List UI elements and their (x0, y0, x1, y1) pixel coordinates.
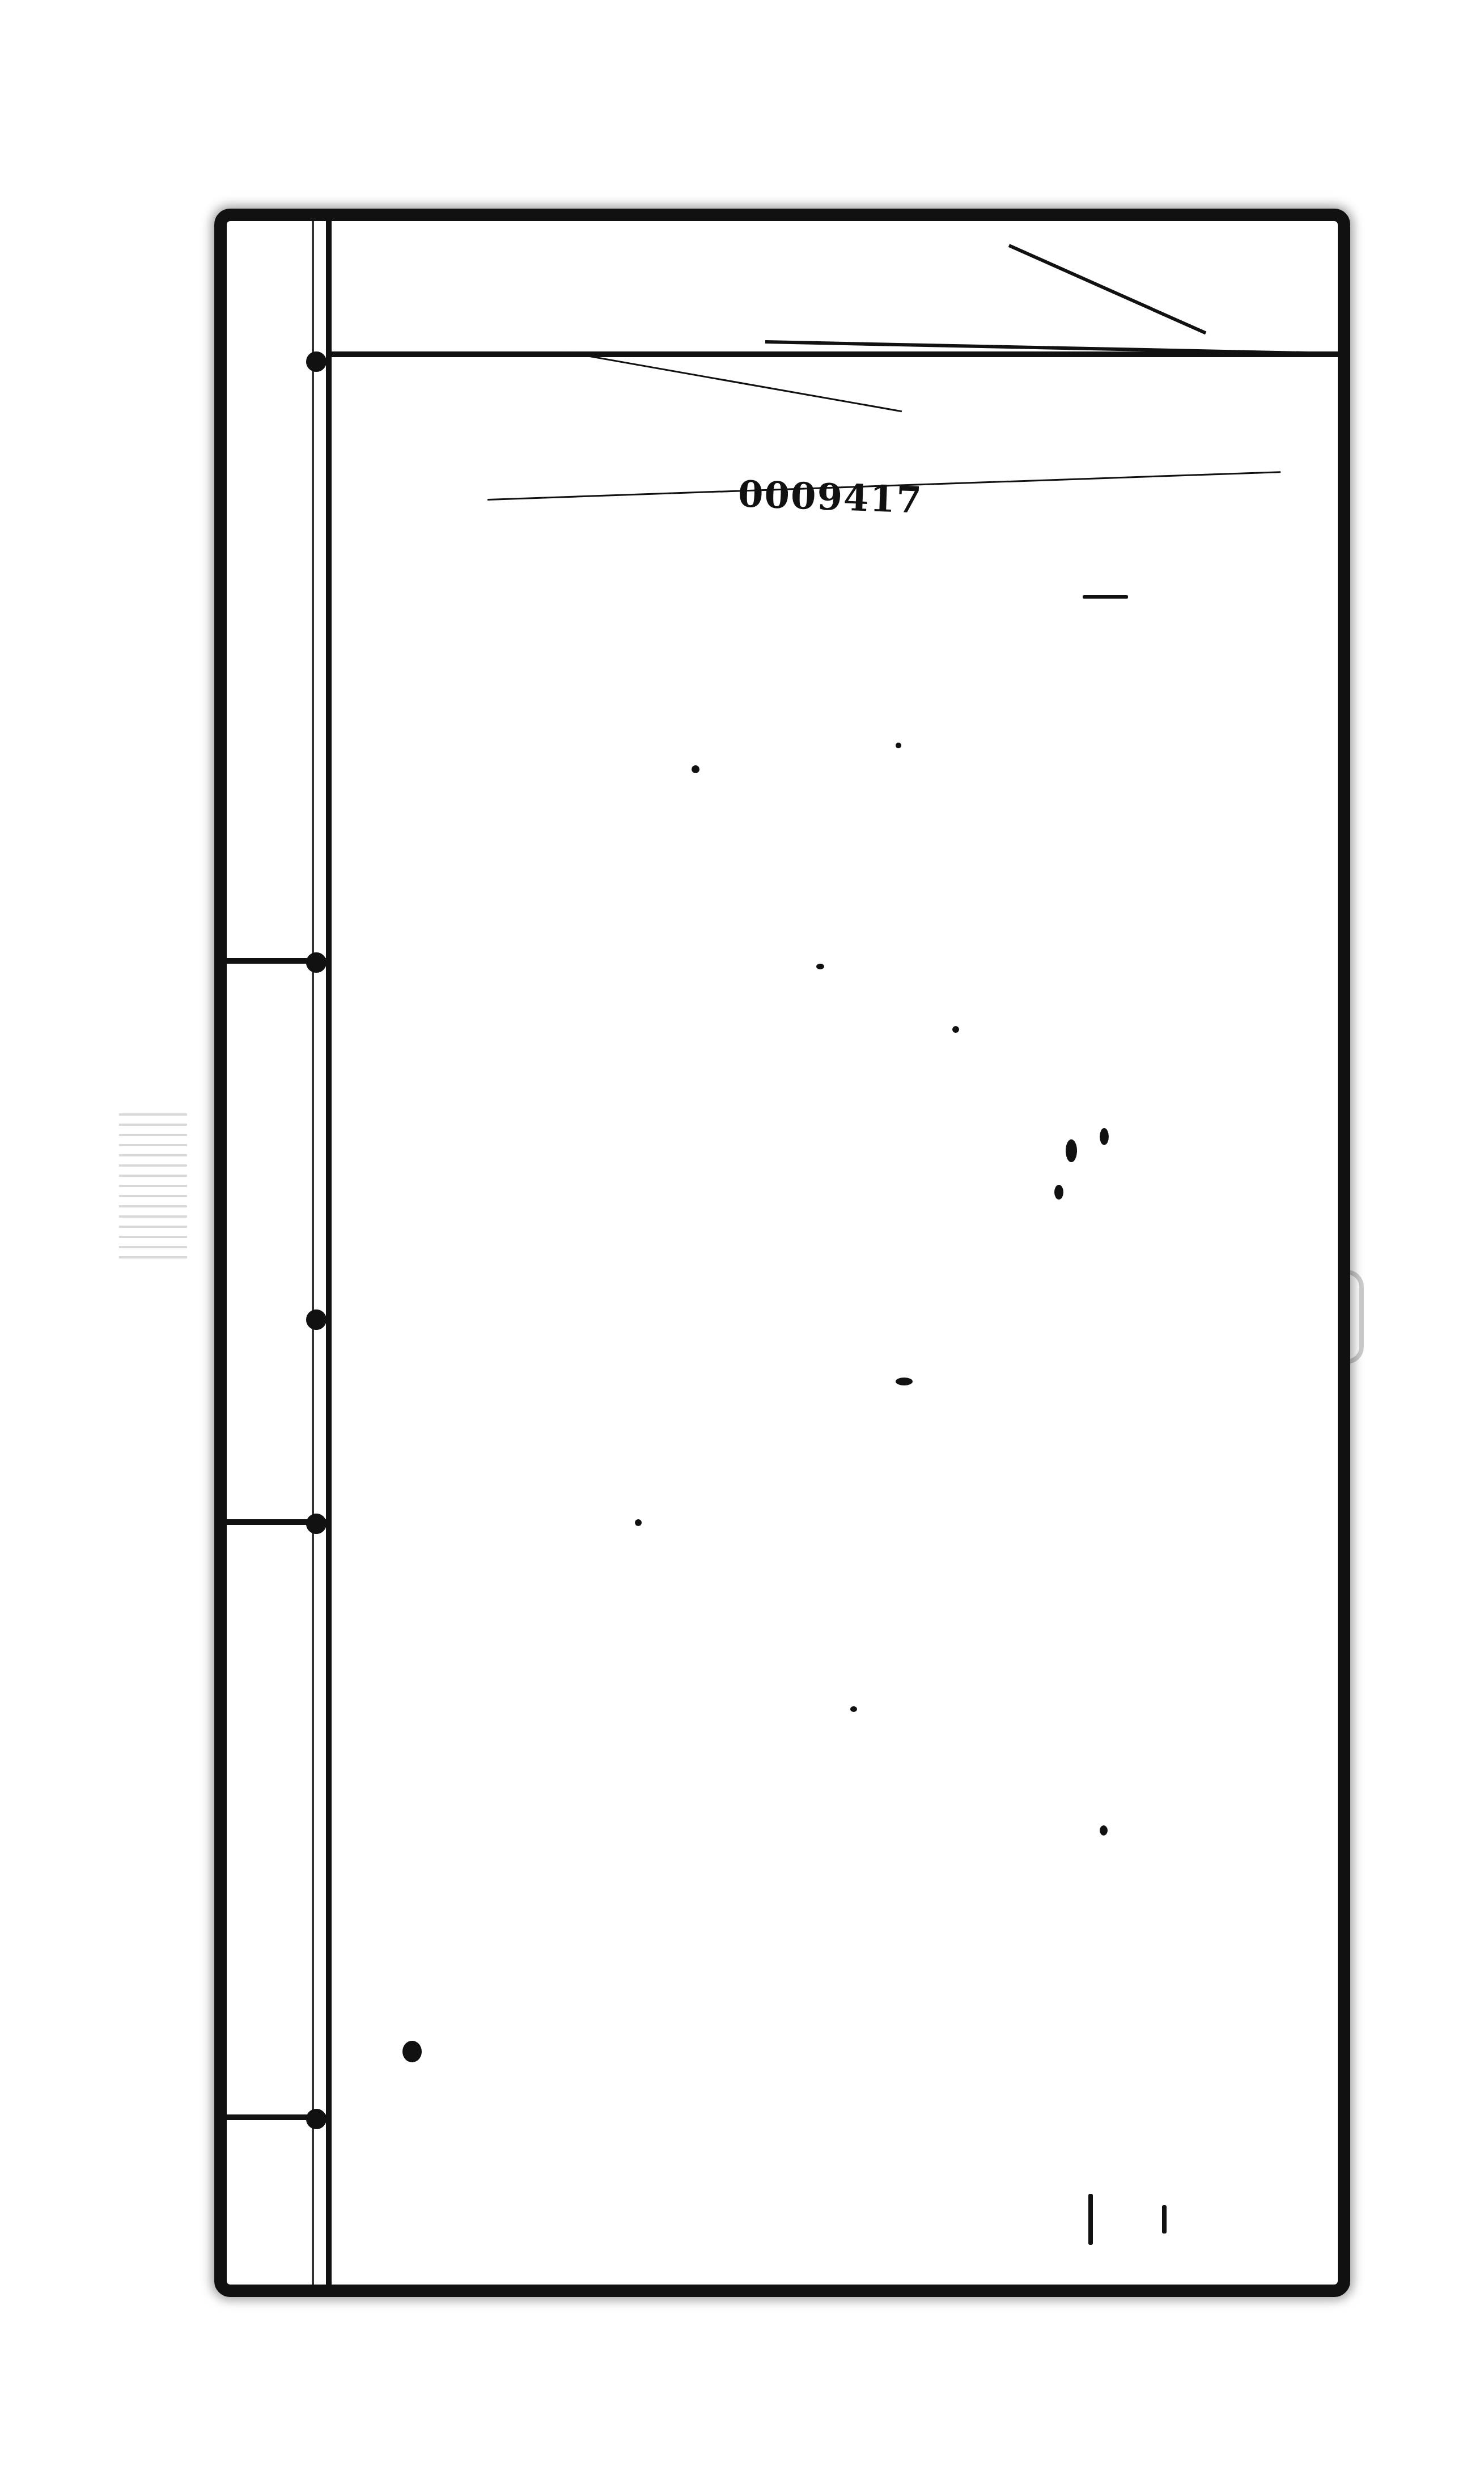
ink-speck (1100, 1825, 1108, 1836)
book-cover: 0009417 (214, 209, 1350, 2297)
ink-speck (1100, 1128, 1109, 1145)
spine-binding-line (312, 221, 319, 2285)
binding-knot (306, 2109, 327, 2129)
ink-speck (1054, 1185, 1063, 1200)
binding-knot (306, 1309, 327, 1330)
title-label-strip (332, 221, 1338, 357)
ink-speck (896, 1378, 913, 1385)
book-spine (227, 221, 332, 2285)
binding-knot (306, 952, 327, 973)
crease-line (567, 351, 902, 412)
ink-mark (1162, 2205, 1167, 2234)
ink-speck (635, 1519, 642, 1526)
ink-speck (896, 743, 901, 748)
ink-speck (850, 1706, 857, 1712)
ink-speck (1066, 1139, 1077, 1162)
ink-speck (816, 964, 824, 969)
faint-spine-label (119, 1111, 187, 1258)
ink-blot (402, 2041, 422, 2062)
ink-speck (692, 765, 699, 773)
ink-speck (1083, 595, 1128, 599)
catalog-stamp-number: 0009417 (737, 473, 923, 522)
binding-knot (306, 351, 327, 372)
scanned-page: 0009417 (0, 0, 1484, 2475)
binding-knot (306, 1514, 327, 1534)
ink-speck (952, 1026, 959, 1033)
ink-mark (1088, 2194, 1093, 2245)
